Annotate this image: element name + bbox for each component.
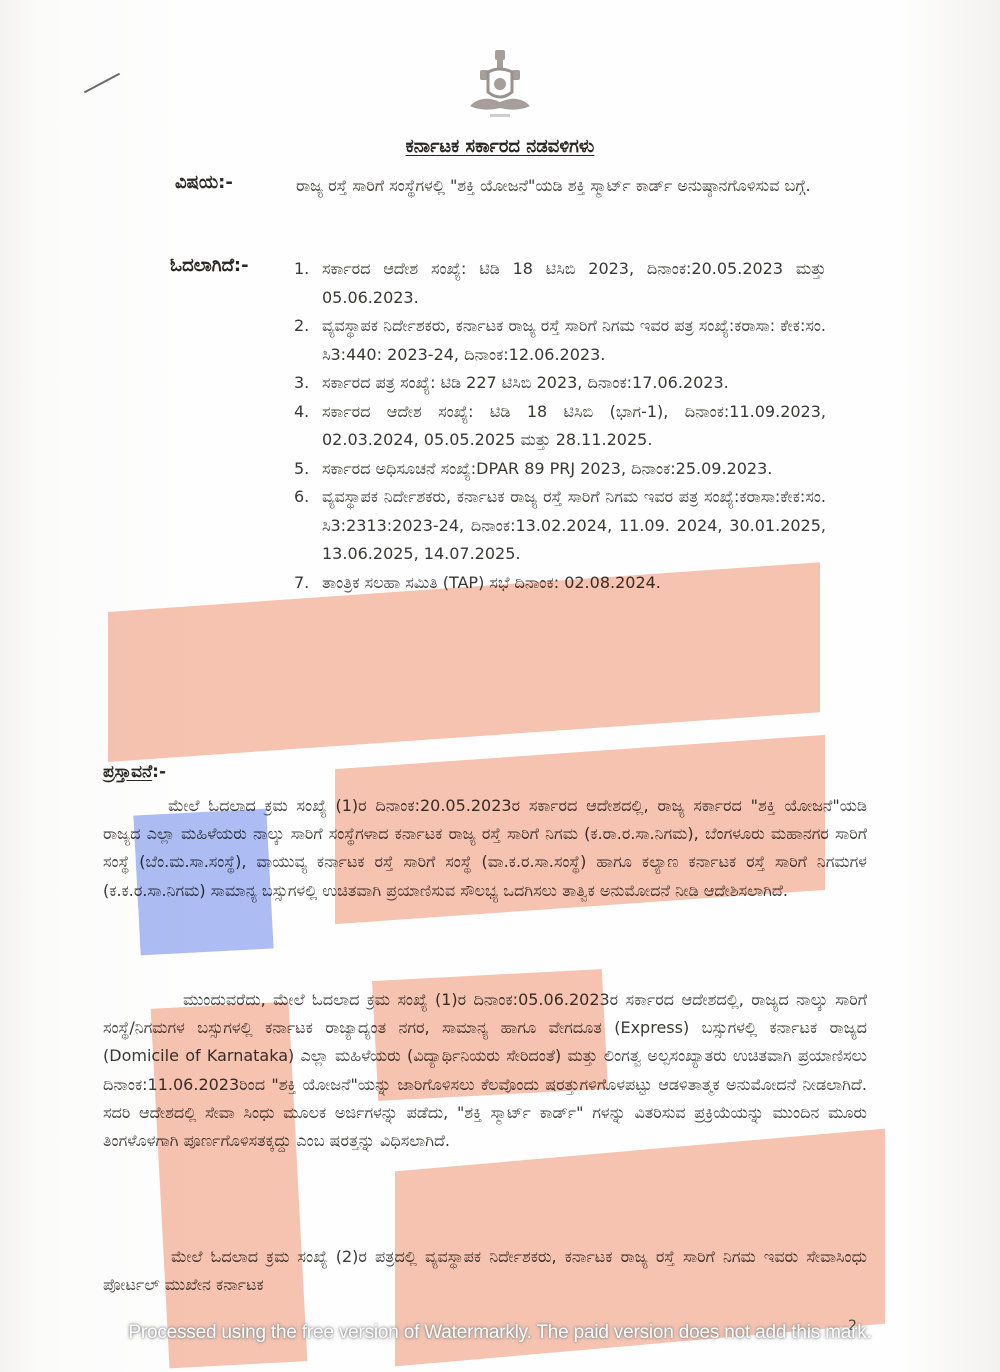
reference-item: 1.ಸರ್ಕಾರದ ಆದೇಶ ಸಂಖ್ಯೆ: ಟಿಡಿ 18 ಟಿಸಿಬಿ 20… [290, 255, 826, 312]
document-heading: ಕರ್ನಾಟಕ ಸರ್ಕಾರದ ನಡವಳಿಗಳು [0, 136, 1000, 157]
page-background [0, 0, 1000, 1372]
watermark-text: Processed using the free version of Wate… [0, 1322, 1000, 1344]
state-emblem-icon [462, 48, 538, 124]
reference-item: 6.ವ್ಯವಸ್ಥಾಪಕ ನಿರ್ದೇಶಕರು, ಕರ್ನಾಟಕ ರಾಜ್ಯ ರ… [290, 483, 826, 569]
reference-item: 7.ತಾಂತ್ರಿಕ ಸಲಹಾ ಸಮಿತಿ (TAP) ಸಭೆ ದಿನಾಂಕ: … [290, 569, 826, 598]
subject-text: ರಾಜ್ಯ ರಸ್ತೆ ಸಾರಿಗೆ ಸಂಸ್ಥೆಗಳಲ್ಲಿ "ಶಕ್ತಿ ಯ… [296, 172, 826, 200]
preamble-paragraph-3: ಮೇಲೆ ಓದಲಾದ ಕ್ರಮ ಸಂಖ್ಯೆ (2)ರ ಪತ್ರದಲ್ಲಿ ವ್… [103, 1243, 867, 1299]
preamble-title: ಪ್ರಸ್ತಾವನೆ:- [103, 762, 166, 782]
preamble-paragraph-2: ಮುಂದುವರೆದು, ಮೇಲೆ ಓದಲಾದ ಕ್ರಮ ಸಂಖ್ಯೆ (1)ರ … [103, 986, 867, 1155]
reference-item: 5.ಸರ್ಕಾರದ ಅಧಿಸೂಚನೆ ಸಂಖ್ಯೆ:DPAR 89 PRJ 20… [290, 455, 826, 484]
reference-item: 4.ಸರ್ಕಾರದ ಆದೇಶ ಸಂಖ್ಯೆ: ಟಿಡಿ 18 ಟಿಸಿಬಿ (ಭ… [290, 398, 826, 455]
reference-item: 2.ವ್ಯವಸ್ಥಾಪಕ ನಿರ್ದೇಶಕರು, ಕರ್ನಾಟಕ ರಾಜ್ಯ ರ… [290, 312, 826, 369]
preamble-paragraph-1: ಮೇಲೆ ಓದಲಾದ ಕ್ರಮ ಸಂಖ್ಯೆ (1)ರ ದಿನಾಂಕ:20.05… [103, 792, 867, 905]
references-list: 1.ಸರ್ಕಾರದ ಆದೇಶ ಸಂಖ್ಯೆ: ಟಿಡಿ 18 ಟಿಸಿಬಿ 20… [290, 255, 826, 597]
references-label: ಓದಲಾಗಿದೆ:- [170, 255, 249, 276]
subject-label: ವಿಷಯ:- [175, 172, 233, 193]
reference-item: 3.ಸರ್ಕಾರದ ಪತ್ರ ಸಂಖ್ಯೆ: ಟಿಡಿ 227 ಟಿಸಿಬಿ 2… [290, 369, 826, 398]
